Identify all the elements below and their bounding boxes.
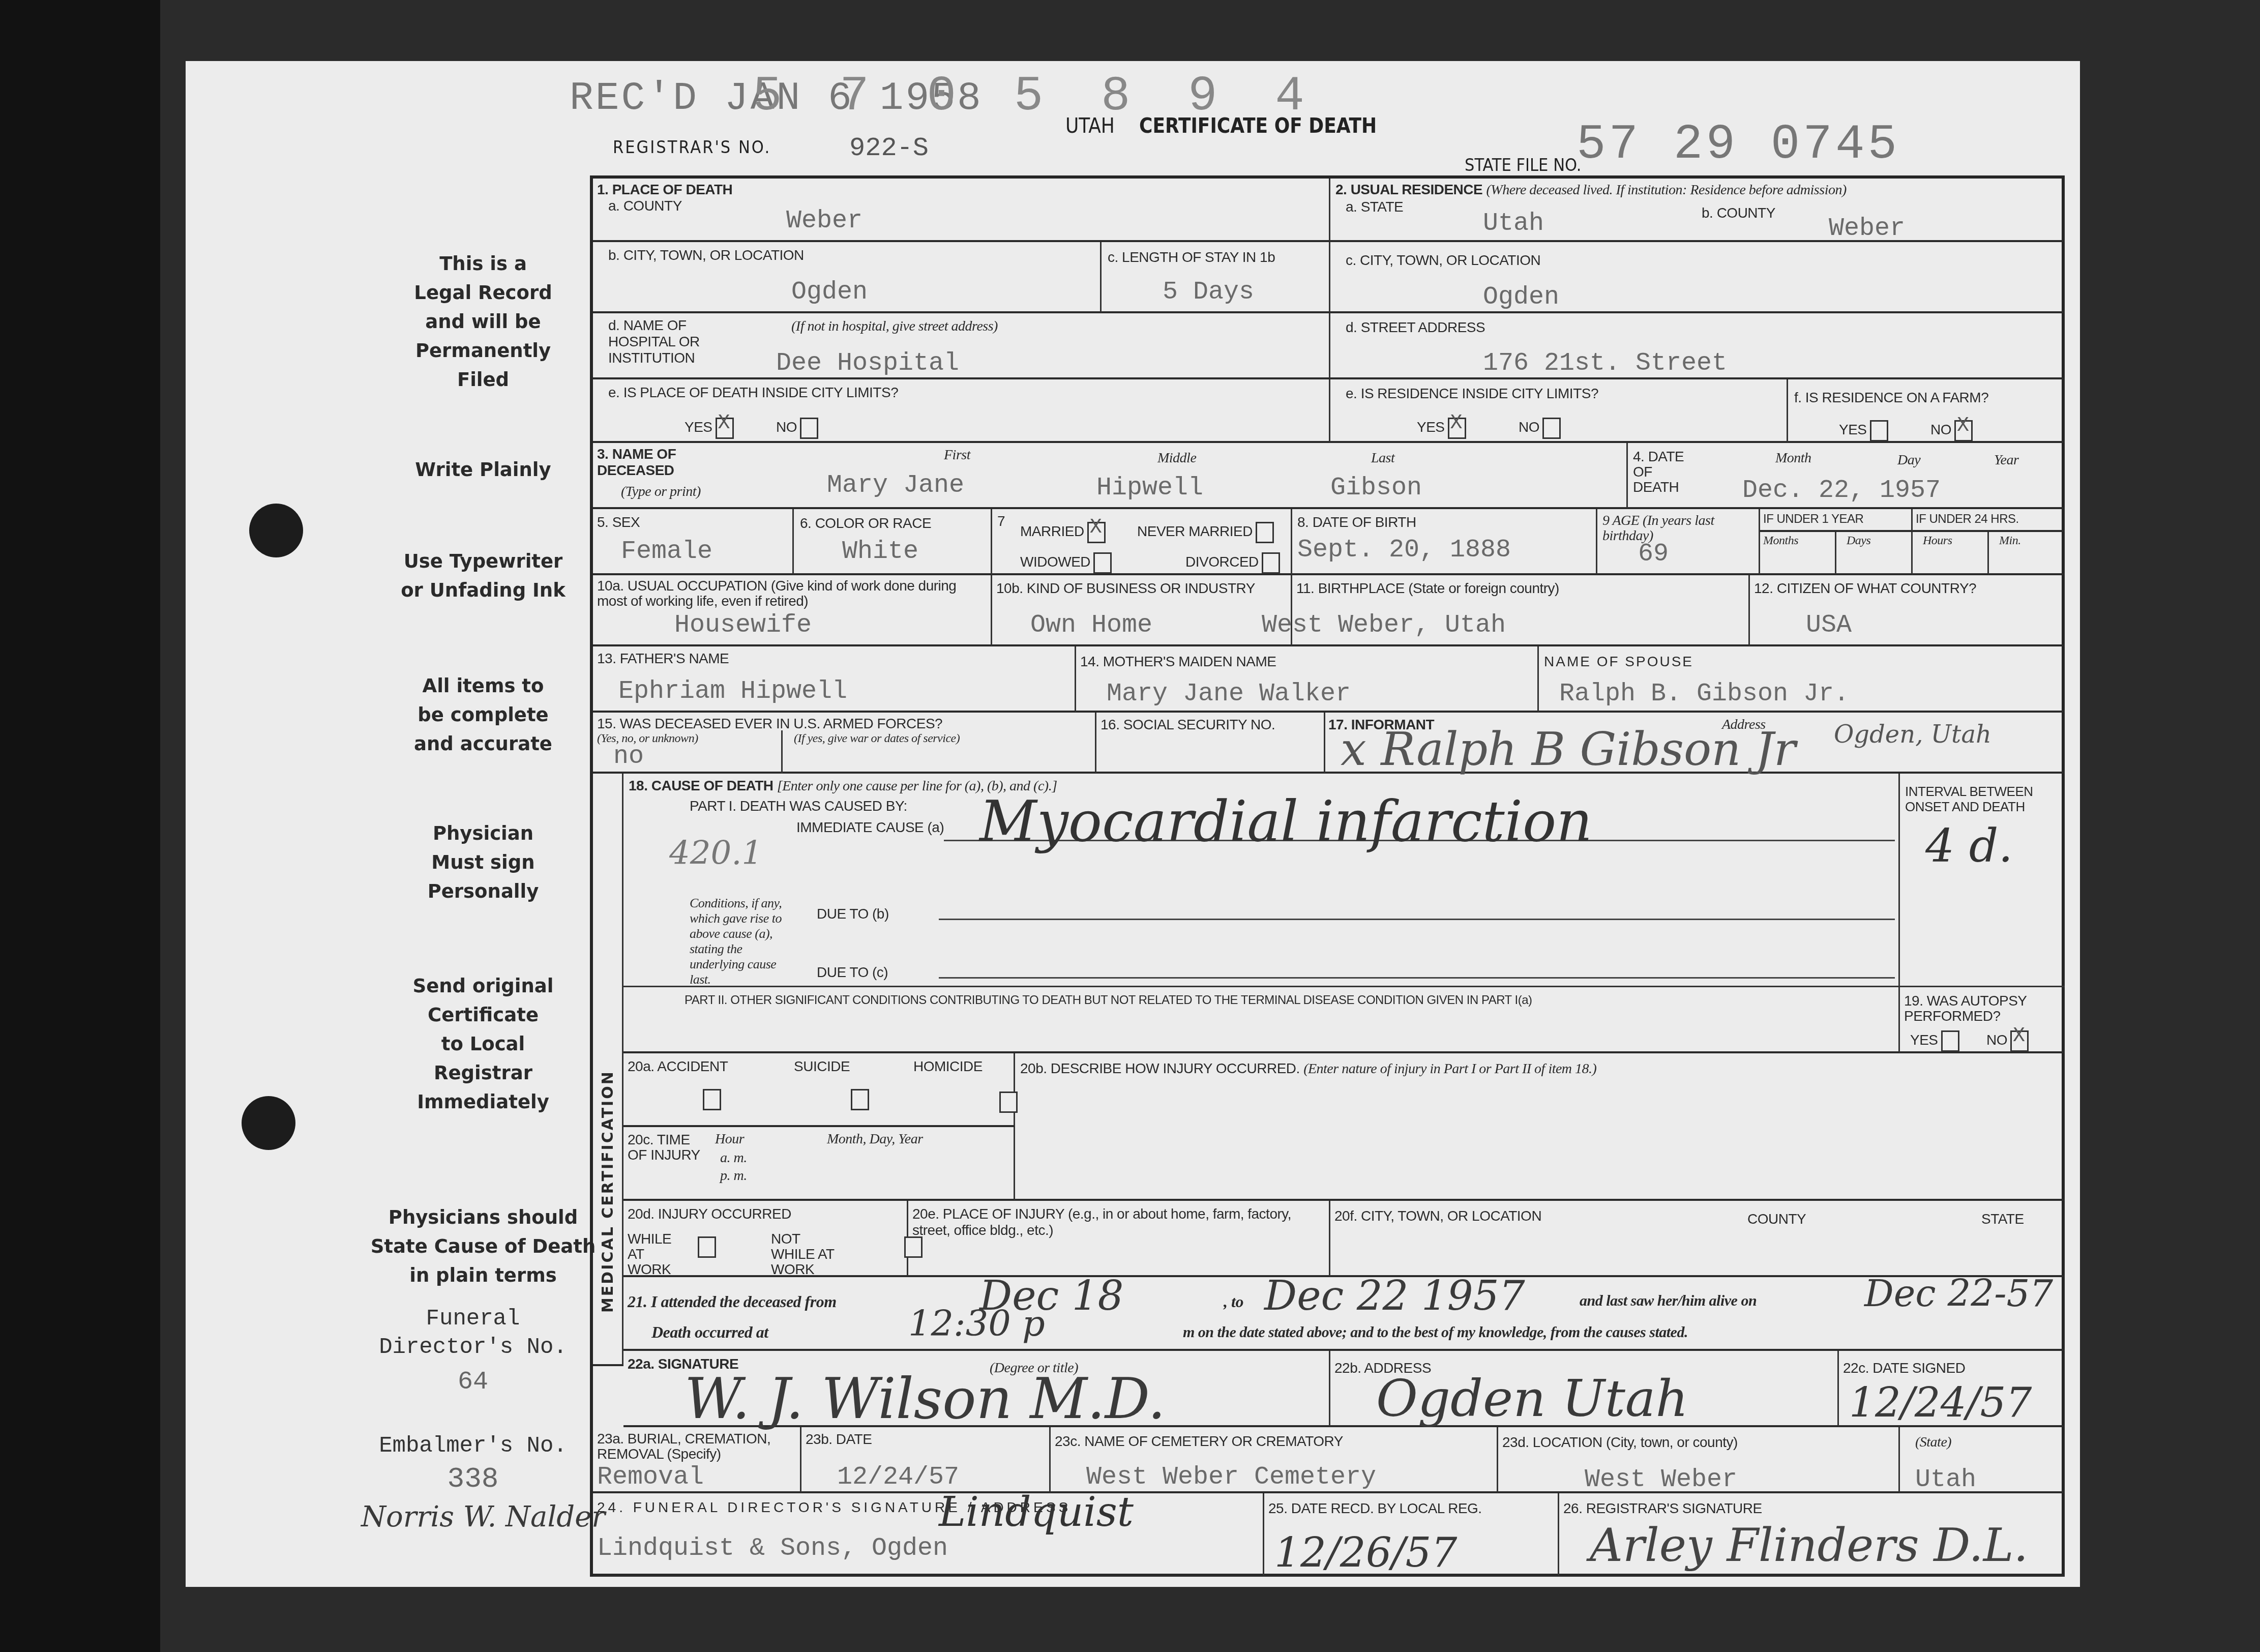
field-describe-injury: 20b. DESCRIBE HOW INJURY OCCURRED. (Ente… <box>1015 1053 2065 1201</box>
note-typewriter: Use Typewriter or Unfading Ink <box>374 547 592 605</box>
field-attendance: 21. I attended the deceased from Dec 18 … <box>623 1277 2065 1351</box>
note-send-original: Send original Certificate to Local Regis… <box>374 971 592 1116</box>
never-married-checkbox[interactable] <box>1256 522 1274 543</box>
field-disposition-date: 23b. DATE 12/24/57 <box>801 1427 1051 1493</box>
field-residence-inside-limits: e. IS RESIDENCE INSIDE CITY LIMITS? YES … <box>1330 379 1788 443</box>
farm-no-checkbox[interactable] <box>1954 420 1973 441</box>
informant-address: Ogden, Utah <box>1834 720 1991 749</box>
note-complete: All items to be complete and accurate <box>374 671 592 758</box>
immediate-cause-value: Myocardial infarction <box>979 789 1592 854</box>
field-race: 6. COLOR OR RACE White <box>794 509 992 575</box>
field-cemetery-location: 23d. LOCATION (City, town, or county) We… <box>1498 1427 1900 1493</box>
attended-to-value: Dec 22 1957 <box>1264 1272 1525 1319</box>
date-signed-value: 12/24/57 <box>1849 1379 2032 1426</box>
medical-certification-strip: MEDICAL CERTIFICATION <box>593 774 623 1366</box>
binder-edge <box>0 0 160 1652</box>
field-place-county: 1. PLACE OF DEATH a. COUNTY Weber <box>593 179 1330 242</box>
married-checkbox[interactable] <box>1087 522 1106 543</box>
field-registrar-signature: 26. REGISTRAR'S SIGNATURE Arley Flinders… <box>1559 1493 2065 1577</box>
residence-county-value: Weber <box>1829 214 1905 243</box>
length-of-stay-value: 5 Days <box>1163 278 1254 307</box>
field-place-of-injury: 20e. PLACE OF INJURY (e.g., in or about … <box>908 1201 1330 1277</box>
funeral-director-no-label: Funeral Director's No. <box>351 1305 595 1362</box>
page-title: CERTIFICATE OF DEATH <box>1139 114 1377 138</box>
field-date-of-death: 4. DATE OF DEATH Month Day Year Dec. 22,… <box>1628 443 2065 509</box>
field-injury-location: 20f. CITY, TOWN, OR LOCATION COUNTY STAT… <box>1330 1201 2065 1277</box>
field-informant: 17. INFORMANT x Ralph B Gibson Jr Addres… <box>1325 713 2065 774</box>
embalmer-no: 338 <box>351 1465 595 1493</box>
field-minutes: Min. <box>1989 532 2065 575</box>
residence-street-value: 176 21st. Street <box>1483 349 1727 378</box>
field-spouse-name: NAME OF SPOUSE Ralph B. Gibson Jr. <box>1539 646 2065 713</box>
field-disposition: 23a. BURIAL, CREMATION, REMOVAL (Specify… <box>593 1427 801 1493</box>
field-business: 10b. KIND OF BUSINESS OR INDUSTRY Own Ho… <box>992 575 1292 646</box>
field-date-of-birth: 8. DATE OF BIRTH Sept. 20, 1888 <box>1292 509 1597 575</box>
physician-address-value: Ogden Utah <box>1376 1369 1688 1428</box>
business-value: Own Home <box>1030 611 1152 640</box>
residence-inside-limits-yes-checkbox[interactable] <box>1448 418 1466 439</box>
punch-hole-bottom <box>242 1096 295 1150</box>
field-other-conditions: PART II. OTHER SIGNIFICANT CONDITIONS CO… <box>623 987 1900 1053</box>
field-citizenship: 12. CITIZEN OF WHAT COUNTRY? USA <box>1750 575 2065 646</box>
field-armed-forces: 15. WAS DECEASED EVER IN U.S. ARMED FORC… <box>593 713 1096 774</box>
field-mother-name: 14. MOTHER'S MAIDEN NAME Mary Jane Walke… <box>1076 646 1539 713</box>
widowed-checkbox[interactable] <box>1093 552 1112 574</box>
field-deceased-name: 3. NAME OF DECEASED (Type or print) Firs… <box>593 443 1628 509</box>
accident-checkbox[interactable] <box>703 1089 721 1110</box>
field-residence-street: d. STREET ADDRESS 176 21st. Street <box>1330 313 2065 379</box>
father-name-value: Ephriam Hipwell <box>618 677 847 706</box>
field-birthplace: 11. BIRTHPLACE (State or foreign country… <box>1292 575 1750 646</box>
field-months: Months <box>1760 532 1836 575</box>
residence-state-value: Utah <box>1483 209 1544 238</box>
funeral-director-no: 64 <box>351 1368 595 1397</box>
divorced-checkbox[interactable] <box>1262 552 1280 574</box>
field-sex: 5. SEX Female <box>593 509 794 575</box>
field-hours: Hours <box>1913 532 1989 575</box>
first-name-value: Mary Jane <box>827 471 964 500</box>
funeral-director-signature: Lindquist <box>939 1488 1134 1536</box>
physician-signature-value: W. J. Wilson M.D. <box>685 1366 1166 1431</box>
spouse-name-value: Ralph B. Gibson Jr. <box>1559 680 1849 709</box>
date-received-value: 12/26/57 <box>1274 1529 1457 1576</box>
note-write-plainly: Write Plainly <box>374 455 592 484</box>
field-physician-address: 22b. ADDRESS Ogden Utah <box>1330 1351 1839 1427</box>
autopsy-no-checkbox[interactable] <box>2010 1030 2029 1052</box>
cemetery-value: West Weber Cemetery <box>1086 1463 1376 1492</box>
field-place-inside-limits: e. IS PLACE OF DEATH INSIDE CITY LIMITS?… <box>593 379 1330 443</box>
field-residence-farm: f. IS RESIDENCE ON A FARM? YES NO <box>1788 379 2065 443</box>
field-injury-at-work: 20d. INJURY OCCURRED WHILE AT WORK NOT W… <box>623 1201 908 1277</box>
state-file-no: 57 29 0745 <box>1577 117 1900 172</box>
registrars-no: 922-S <box>849 133 929 163</box>
note-physician-sign: Physician Must sign Personally <box>374 819 592 906</box>
date-of-death-value: Dec. 22, 1957 <box>1742 476 1941 505</box>
field-days: Days <box>1836 532 1913 575</box>
cause-code: 420.1 <box>669 835 762 872</box>
field-social-security: 16. SOCIAL SECURITY NO. <box>1096 713 1325 774</box>
embalmer-no-label: Embalmer's No. <box>351 1432 595 1460</box>
field-autopsy: 19. WAS AUTOPSY PERFORMED? YES NO <box>1900 987 2065 1053</box>
field-physician-signature: 22a. SIGNATURE (Degree or title) W. J. W… <box>623 1351 1330 1427</box>
field-date-received: 25. DATE RECD. BY LOCAL REG. 12/26/57 <box>1264 1493 1559 1577</box>
field-occupation: 10a. USUAL OCCUPATION (Give kind of work… <box>593 575 992 646</box>
under-24-hrs-header: IF UNDER 24 HRS. <box>1913 509 2065 532</box>
sex-value: Female <box>621 537 712 566</box>
place-county-value: Weber <box>786 206 863 235</box>
punch-hole-top <box>249 504 303 557</box>
field-residence-city: c. CITY, TOWN, OR LOCATION Ogden <box>1330 242 2065 313</box>
field-place-city: b. CITY, TOWN, OR LOCATION Ogden <box>593 242 1102 313</box>
while-at-work-checkbox[interactable] <box>698 1236 716 1258</box>
occupation-value: Housewife <box>674 611 812 640</box>
field-funeral-director: 24. FUNERAL DIRECTOR'S SIGNATURE / ADDRE… <box>593 1493 1264 1577</box>
field-residence-state-county: 2. USUAL RESIDENCE (Where deceased lived… <box>1330 179 2065 242</box>
age-value: 69 <box>1638 540 1669 569</box>
under-1-year-header: IF UNDER 1 YEAR <box>1760 509 1913 532</box>
residence-inside-limits-no-checkbox[interactable] <box>1542 418 1561 439</box>
field-date-signed: 22c. DATE SIGNED 12/24/57 <box>1839 1351 2065 1427</box>
embalmer-signature: Norris W. Nalder <box>361 1500 605 1533</box>
farm-yes-checkbox[interactable] <box>1870 420 1888 441</box>
birthplace-value: West Weber, Utah <box>1262 611 1506 640</box>
last-name-value: Gibson <box>1330 474 1422 503</box>
field-father-name: 13. FATHER'S NAME Ephriam Hipwell <box>593 646 1076 713</box>
middle-name-value: Hipwell <box>1096 474 1203 503</box>
field-hospital: d. NAME OF HOSPITAL OR INSTITUTION (If n… <box>593 313 1330 379</box>
race-value: White <box>842 537 918 566</box>
note-legal-record: This is a Legal Record and will be Perma… <box>374 249 592 394</box>
field-manner-of-death: 20a. ACCIDENT SUICIDE HOMICIDE <box>623 1053 1015 1127</box>
date-of-birth-value: Sept. 20, 1888 <box>1297 536 1511 565</box>
death-time-value: 12:30 p <box>908 1303 1045 1344</box>
disposition-value: Removal <box>597 1463 704 1492</box>
last-saw-alive-value: Dec 22-57 <box>1864 1272 2053 1315</box>
place-inside-limits-yes-checkbox[interactable] <box>716 418 734 439</box>
suicide-checkbox[interactable] <box>851 1089 869 1110</box>
note-plain-terms: Physicians should State Cause of Death i… <box>356 1203 610 1290</box>
hospital-value: Dee Hospital <box>776 349 959 378</box>
registrars-no-label: REGISTRAR'S NO. <box>613 137 771 158</box>
interval-value: 4 d. <box>1925 819 2013 873</box>
cemetery-state-value: Utah <box>1915 1465 1976 1494</box>
field-length-of-stay: c. LENGTH OF STAY IN 1b 5 Days <box>1102 242 1330 313</box>
field-time-of-injury: 20c. TIME OF INJURY Hour a. m. p. m. Mon… <box>623 1127 1015 1201</box>
registrar-signature-value: Arley Flinders D.L. <box>1590 1519 2028 1572</box>
field-age: 9 AGE (In years last birthday) 69 <box>1597 509 1760 575</box>
disposition-date-value: 12/24/57 <box>837 1463 959 1492</box>
place-inside-limits-no-checkbox[interactable] <box>800 418 818 439</box>
title-state: UTAH <box>1065 114 1115 138</box>
death-certificate-form: 1. PLACE OF DEATH a. COUNTY Weber 2. USU… <box>590 175 2065 1577</box>
armed-forces-value: no <box>613 742 644 771</box>
field-interval-onset: INTERVAL BETWEEN ONSET AND DEATH 4 d. <box>1900 774 2065 987</box>
mother-name-value: Mary Jane Walker <box>1107 680 1351 709</box>
field-cemetery-state: (State) Utah <box>1900 1427 2065 1493</box>
funeral-director-value: Lindquist & Sons, Ogden <box>597 1534 948 1563</box>
citizenship-value: USA <box>1806 611 1852 640</box>
field-cemetery: 23c. NAME OF CEMETERY OR CREMATORY West … <box>1051 1427 1498 1493</box>
cemetery-location-value: West Weber <box>1585 1465 1737 1494</box>
field-marital-status: 7 MARRIED NEVER MARRIED WIDOWED DIVORCED <box>992 509 1292 575</box>
autopsy-yes-checkbox[interactable] <box>1941 1030 1959 1052</box>
field-cause-of-death: 18. CAUSE OF DEATH [Enter only one cause… <box>623 774 1900 987</box>
residence-city-value: Ogden <box>1483 283 1559 312</box>
state-file-no-label: STATE FILE NO. <box>1465 155 1581 175</box>
place-city-value: Ogden <box>791 278 868 307</box>
